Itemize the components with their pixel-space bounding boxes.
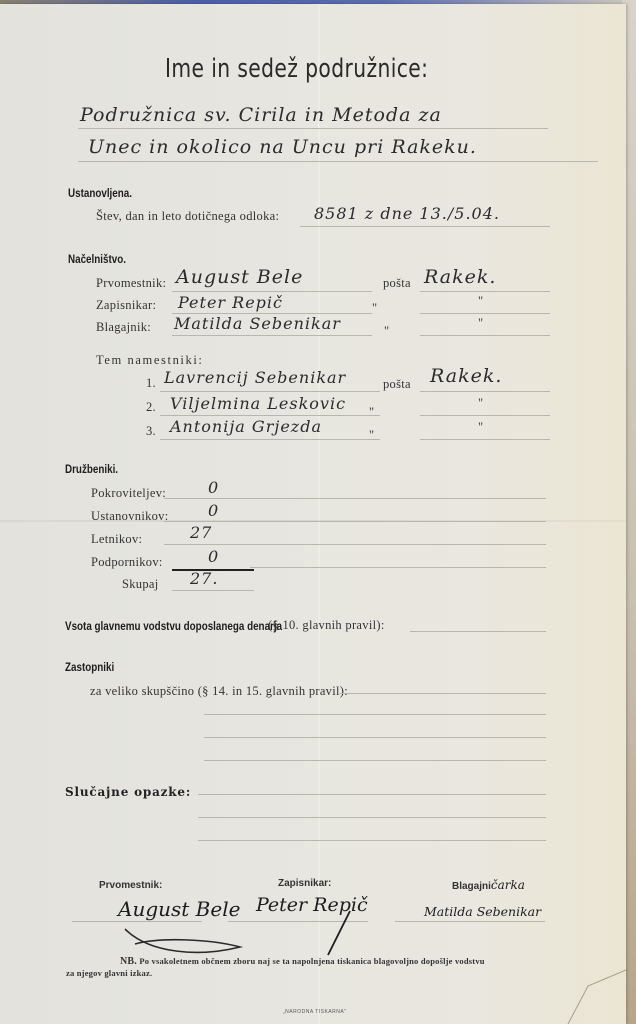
blagajnik-posta: " bbox=[478, 316, 483, 331]
signature-label-blagajnik: Blagajničarka bbox=[452, 876, 525, 894]
signature-flourish-icon bbox=[120, 909, 250, 959]
letnikov-label: Letnikov: bbox=[91, 532, 142, 547]
ruled-line bbox=[172, 335, 372, 336]
ruled-line bbox=[420, 335, 550, 336]
ustanovnikov-label: Ustanovnikov: bbox=[91, 509, 169, 524]
ruled-line bbox=[198, 817, 546, 818]
pokroviteljev-value: 0 bbox=[208, 478, 219, 497]
section-heading-druzbeniki: Družbeniki. bbox=[65, 462, 118, 476]
namestnik-name-3: Antonija Grjezda bbox=[170, 417, 322, 436]
ruled-line bbox=[164, 544, 546, 545]
section-heading-nacelnistvo: Načelništvo. bbox=[68, 252, 126, 266]
namestnik-posta-1: Rakek. bbox=[430, 365, 502, 387]
nb-note-line-1: NB. Po vsakoletnem občnem zboru naj se t… bbox=[120, 956, 485, 967]
printer-mark: „NARODNA TISKARNA" bbox=[283, 1009, 346, 1015]
ruled-line bbox=[164, 521, 546, 522]
ruled-line bbox=[198, 794, 546, 795]
ruled-line bbox=[160, 415, 380, 416]
namestnik-posta-3: " bbox=[478, 420, 483, 435]
branch-name-line-2: Unec in okolico na Uncu pri Rakeku. bbox=[88, 136, 477, 158]
blagajnik-handwritten-suffix: čarka bbox=[491, 878, 525, 892]
namestnik-number: 3. bbox=[146, 424, 156, 439]
blagajnik-name: Matilda Sebenikar bbox=[174, 314, 341, 333]
ruled-line bbox=[172, 590, 254, 591]
ruled-line bbox=[78, 161, 598, 162]
vsota-reference: (§ 10. glavnih pravil): bbox=[268, 618, 385, 633]
namestnik-number: 1. bbox=[146, 376, 156, 391]
section-heading-ustanovljena: Ustanovljena. bbox=[68, 186, 132, 200]
signature-line bbox=[395, 921, 545, 922]
torn-corner-icon bbox=[560, 964, 626, 1024]
ruled-line bbox=[204, 714, 546, 715]
ditto-mark: " bbox=[372, 301, 377, 316]
page-title: Ime in sedež podružnice: bbox=[165, 54, 428, 84]
blagajnik-label: Blagajnik: bbox=[96, 320, 151, 335]
prvomestnik-name: August Bele bbox=[176, 266, 303, 288]
vsota-heading: Vsota glavnemu vodstvu doposlanega denar… bbox=[65, 619, 282, 633]
ruled-line bbox=[420, 415, 550, 416]
document-page: Ime in sedež podružnice: Podružnica sv. … bbox=[0, 4, 626, 1024]
signature-label-prvomestnik: Prvomestnik: bbox=[99, 880, 162, 891]
podpornikov-label: Podpornikov: bbox=[91, 555, 163, 570]
ruled-line bbox=[420, 291, 550, 292]
ditto-mark: " bbox=[369, 428, 374, 443]
podpornikov-value: 0 bbox=[208, 547, 219, 566]
ruled-line bbox=[160, 439, 380, 440]
ruled-line bbox=[160, 391, 380, 392]
zapisnikar-label: Zapisnikar: bbox=[96, 298, 156, 313]
zapisnikar-posta: " bbox=[478, 294, 483, 309]
nb-text: Po vsakoletnem občnem zboru naj se ta na… bbox=[139, 956, 484, 966]
decree-label: Štev, dan in leto dotičnega odloka: bbox=[96, 209, 279, 224]
ruled-line bbox=[204, 760, 546, 761]
ditto-mark: " bbox=[369, 405, 374, 420]
pokroviteljev-label: Pokroviteljev: bbox=[91, 486, 166, 501]
blagajnik-printed-label: Blagajni bbox=[452, 881, 491, 892]
ruled-line bbox=[198, 840, 546, 841]
zastopniki-label: za veliko skupščino (§ 14. in 15. glavni… bbox=[90, 684, 348, 699]
posta-label: pošta bbox=[383, 377, 411, 392]
ruled-line bbox=[410, 631, 546, 632]
signature-blagajnik: Matilda Sebenikar bbox=[424, 904, 541, 919]
skupaj-value: 27. bbox=[190, 569, 218, 588]
ruled-line bbox=[204, 737, 546, 738]
ustanovnikov-value: 0 bbox=[208, 501, 219, 520]
letnikov-value: 27 bbox=[190, 523, 212, 542]
prvomestnik-label: Prvomestnik: bbox=[96, 276, 166, 291]
ruled-line bbox=[164, 498, 546, 499]
ruled-line bbox=[78, 128, 548, 129]
section-heading-opazke: Slučajne opazke: bbox=[65, 785, 191, 799]
signature-label-zapisnikar: Zapisnikar: bbox=[278, 878, 331, 889]
nb-note-line-2: za njegov glavni izkaz. bbox=[66, 968, 152, 978]
namestnik-posta-2: " bbox=[478, 396, 483, 411]
namestniki-label: Tem namestniki: bbox=[96, 353, 203, 368]
ruled-line bbox=[300, 226, 550, 227]
ditto-mark: " bbox=[384, 324, 389, 339]
ruled-line bbox=[420, 313, 550, 314]
namestnik-name-1: Lavrencij Sebenikar bbox=[164, 368, 346, 387]
section-heading-zastopniki: Zastopniki bbox=[65, 660, 114, 674]
namestnik-name-2: Viljelmina Leskovic bbox=[170, 394, 346, 413]
prvomestnik-posta: Rakek. bbox=[424, 266, 496, 288]
skupaj-label: Skupaj bbox=[122, 577, 159, 592]
ruled-line bbox=[420, 439, 550, 440]
ruled-line bbox=[420, 391, 550, 392]
ruled-line bbox=[340, 693, 546, 694]
nb-mark: NB. bbox=[120, 956, 137, 967]
ruled-line bbox=[172, 291, 372, 292]
signature-stroke-icon bbox=[320, 909, 360, 959]
namestnik-number: 2. bbox=[146, 400, 156, 415]
decree-value: 8581 z dne 13./5.04. bbox=[314, 204, 500, 223]
posta-label: pošta bbox=[383, 276, 411, 291]
branch-name-line-1: Podružnica sv. Cirila in Metoda za bbox=[80, 104, 442, 126]
ruled-line bbox=[250, 567, 546, 568]
zapisnikar-name: Peter Repič bbox=[178, 293, 283, 312]
